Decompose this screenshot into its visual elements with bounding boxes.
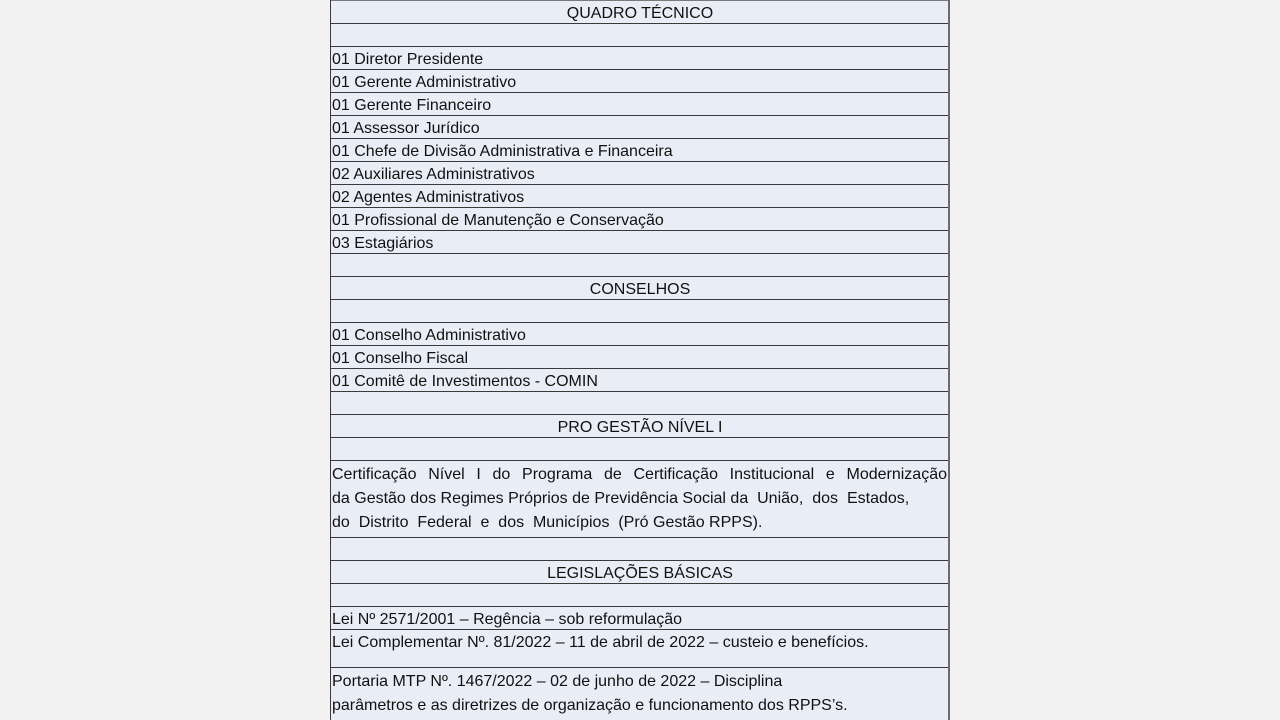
spacer-row [331, 299, 948, 322]
section-title-conselhos: CONSELHOS [331, 276, 948, 299]
spacer-row [331, 537, 948, 560]
list-item: 01 Comitê de Investimentos - COMIN [331, 368, 948, 391]
description-line: da Gestão dos Regimes Próprios de Previd… [332, 487, 948, 511]
list-item: 02 Auxiliares Administrativos [331, 161, 948, 184]
pro-gestao-description: Certificação Nível I do Programa de Cert… [331, 460, 948, 537]
list-item: 01 Gerente Administrativo [331, 69, 948, 92]
list-item: 01 Conselho Fiscal [331, 345, 948, 368]
list-item: 01 Profissional de Manutenção e Conserva… [331, 207, 948, 230]
list-item: 01 Conselho Administrativo [331, 322, 948, 345]
list-item: 01 Diretor Presidente [331, 46, 948, 69]
description-line: Certificação Nível I do Programa de Cert… [332, 463, 948, 487]
spacer-row [331, 391, 948, 414]
spacer-row [331, 253, 948, 276]
section-title-quadro-tecnico: QUADRO TÉCNICO [331, 0, 948, 23]
list-item: Lei Complementar Nº. 81/2022 – 11 de abr… [331, 629, 948, 667]
list-item: Lei Nº 2571/2001 – Regência – sob reform… [331, 606, 948, 629]
spacer-row [331, 23, 948, 46]
list-item: 01 Gerente Financeiro [331, 92, 948, 115]
portaria-line: Portaria MTP Nº. 1467/2022 – 02 de junho… [332, 670, 948, 694]
description-line: do Distrito Federal e dos Municípios (Pr… [332, 511, 948, 535]
section-title-legislacoes: LEGISLAÇÕES BÁSICAS [331, 560, 948, 583]
portaria-item: Portaria MTP Nº. 1467/2022 – 02 de junho… [331, 667, 948, 720]
list-item: 03 Estagiários [331, 230, 948, 253]
portaria-line: parâmetros e as diretrizes de organizaçã… [332, 694, 948, 718]
list-item: 01 Chefe de Divisão Administrativa e Fin… [331, 138, 948, 161]
document-table: QUADRO TÉCNICO 01 Diretor Presidente 01 … [330, 0, 950, 720]
spacer-row [331, 583, 948, 606]
spacer-row [331, 437, 948, 460]
section-title-pro-gestao: PRO GESTÃO NÍVEL I [331, 414, 948, 437]
list-item: 02 Agentes Administrativos [331, 184, 948, 207]
list-item: 01 Assessor Jurídico [331, 115, 948, 138]
